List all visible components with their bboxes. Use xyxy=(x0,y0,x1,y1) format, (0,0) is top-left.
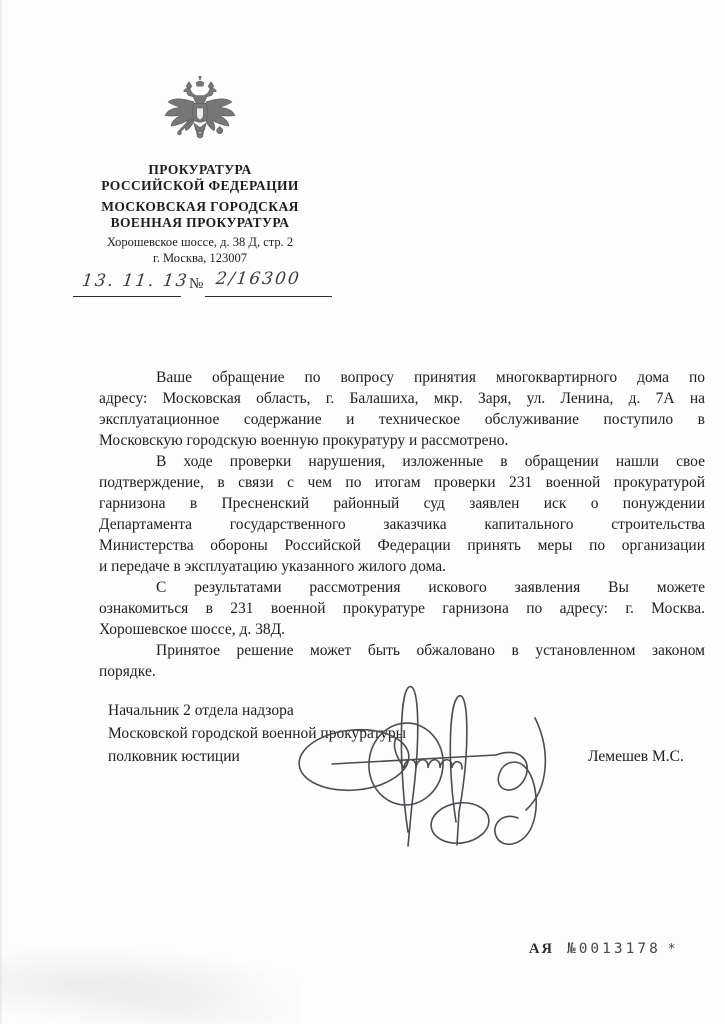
body-line: эксплуатационное содержание и техническо… xyxy=(99,409,705,430)
org-name-line-2: РОССИЙСКОЙ ФЕДЕРАЦИИ xyxy=(50,178,350,194)
signatory-name: Лемешев М.С. xyxy=(588,748,684,766)
body-line: подтверждение, в связи с чем по итогам п… xyxy=(99,472,705,493)
paragraph-2: В ходе проверки нарушения, изложенные в … xyxy=(99,451,705,577)
body-line: С результатами рассмотрения искового зая… xyxy=(99,577,705,598)
address-line-1: Хорошевское шоссе, д. 38 Д, стр. 2 xyxy=(50,235,350,251)
dept-name-line-2: ВОЕННАЯ ПРОКУРАТУРА xyxy=(50,215,350,231)
stamp-number-digits: 0013178 xyxy=(579,941,661,957)
date-underline xyxy=(73,296,181,297)
outgoing-number-handwritten: 2/16300 xyxy=(215,269,302,289)
number-underline xyxy=(205,296,332,297)
number-sign: № xyxy=(189,276,203,293)
paragraph-1: Ваше обращение по вопросу принятия много… xyxy=(99,367,705,451)
body-line: ознакомиться в 231 военной прокуратуре г… xyxy=(99,598,705,619)
stamp-series: АЯ xyxy=(529,941,554,958)
body-line: В ходе проверки нарушения, изложенные в … xyxy=(99,451,705,472)
address-line-2: г. Москва, 123007 xyxy=(50,251,350,267)
scan-noise-bottom-left xyxy=(0,948,300,1024)
body-line: Ваше обращение по вопросу принятия много… xyxy=(99,367,705,388)
paragraph-3: С результатами рассмотрения искового зая… xyxy=(99,577,705,640)
stamp-number-sign: № xyxy=(567,941,579,957)
body-line: Хорошевское шоссе, д. 38Д. xyxy=(99,619,705,640)
signature-scribble xyxy=(288,658,558,855)
stamp-number: №0013178 xyxy=(567,941,661,957)
body-line: Департамента государственного заказчика … xyxy=(99,514,705,535)
registration-stamp: АЯ №0013178 * xyxy=(529,941,676,958)
letterhead: ПРОКУРАТУРА РОССИЙСКОЙ ФЕДЕРАЦИИ МОСКОВС… xyxy=(50,76,350,266)
stamp-asterisk: * xyxy=(668,942,676,957)
scan-edge-shadow xyxy=(0,0,3,1024)
body-line: Московскую городскую военную прокуратуру… xyxy=(99,430,705,451)
org-name-line-1: ПРОКУРАТУРА xyxy=(50,162,350,178)
date-handwritten: 13. 11. 13 xyxy=(81,271,190,291)
letter-body: Ваше обращение по вопросу принятия много… xyxy=(99,367,705,682)
body-line: гарнизона в Пресненский районный суд зая… xyxy=(99,493,705,514)
body-line: адресу: Московская область, г. Балашиха,… xyxy=(99,388,705,409)
dept-name-line-1: МОСКОВСКАЯ ГОРОДСКАЯ xyxy=(50,199,350,215)
body-line: и передаче в эксплуатацию указанного жил… xyxy=(99,556,705,577)
document-page: ПРОКУРАТУРА РОССИЙСКОЙ ФЕДЕРАЦИИ МОСКОВС… xyxy=(0,0,725,1024)
body-line: Министерства обороны Российской Федераци… xyxy=(99,535,705,556)
coat-of-arms-icon xyxy=(50,76,350,160)
